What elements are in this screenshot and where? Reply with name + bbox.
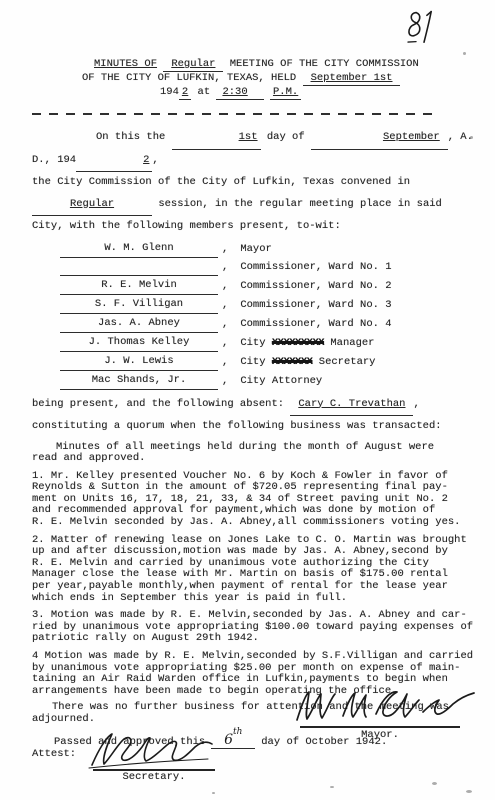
scan-noise	[463, 52, 466, 55]
meridiem-fill: P.M.	[270, 86, 301, 100]
month-fill: September	[311, 127, 448, 150]
opening-line-1: On this the 1st day of September, A. D.,…	[32, 127, 484, 172]
opening-seg4: ,	[152, 154, 158, 166]
opening-line-3: Regular session, in the regular meeting …	[32, 194, 484, 217]
member-name-fill: R. E. Melvin	[60, 276, 218, 295]
title-pre: MINUTES OF	[94, 58, 157, 70]
scan-noise	[330, 786, 334, 788]
dashed-divider	[32, 113, 440, 115]
day-fill: 1st	[172, 127, 261, 150]
member-row: R. E. Melvin,Commissioner, Ward No. 2	[32, 276, 484, 295]
member-name-fill: J. W. Lewis	[60, 352, 218, 371]
title-line-2: OF THE CITY OF LUFKIN, TEXAS, HELD Septe…	[82, 72, 484, 86]
mayor-label: Mayor.	[300, 729, 460, 741]
comma: ,	[222, 299, 228, 311]
quorum-line-1: being present, and the following absent:…	[32, 394, 484, 416]
business-item-2: 2. Matter of renewing lease on Jones Lak…	[32, 535, 484, 605]
member-role: Commissioner, Ward No. 4	[240, 318, 391, 330]
member-row: Jas. A. Abney,Commissioner, Ward No. 4	[32, 314, 484, 333]
comma: ,	[222, 337, 228, 349]
quorum-comma: ,	[413, 398, 419, 410]
quorum-line-2: constituting a quorum when the following…	[32, 416, 484, 437]
document-title: MINUTES OF Regular MEETING OF THE CITY C…	[32, 58, 484, 100]
document-body: MINUTES OF Regular MEETING OF THE CITY C…	[0, 58, 495, 749]
member-role: Commissioner, Ward No. 3	[240, 299, 391, 311]
opening-seg1: On this the	[96, 131, 165, 143]
struck-out-word: XXXXXXXXX	[272, 337, 324, 349]
comma: ,	[222, 243, 228, 255]
comma: ,	[222, 375, 228, 387]
minutes-approved-note: Minutes of all meetings held during the …	[32, 442, 484, 465]
title-line-1: MINUTES OF Regular MEETING OF THE CITY C…	[94, 58, 484, 72]
member-name-fill: Mac Shands, Jr.	[60, 371, 218, 390]
member-row: S. F. Villigan,Commissioner, Ward No. 3	[32, 295, 484, 314]
role-prefix: City	[240, 356, 265, 368]
attest-label: Attest:	[32, 748, 76, 760]
role-word: Manager	[330, 337, 374, 349]
secretary-label: Secretary.	[93, 771, 215, 783]
member-role: City XXXXXXX Secretary	[240, 356, 375, 368]
opening-paragraph: On this the 1st day of September, A. D.,…	[32, 127, 484, 238]
time-fill: 2:30	[216, 86, 263, 100]
role-prefix: City	[240, 337, 265, 349]
scanned-minutes-page: MINUTES OF Regular MEETING OF THE CITY C…	[0, 0, 495, 800]
member-role: City XXXXXXXXX Manager	[240, 337, 374, 349]
comma: ,	[222, 280, 228, 292]
comma: ,	[222, 356, 228, 368]
quorum-pre: being present, and the following absent:	[32, 398, 284, 410]
business-item-1: 1. Mr. Kelley presented Voucher No. 6 by…	[32, 471, 484, 529]
mayor-signature	[293, 684, 478, 728]
member-role: Commissioner, Ward No. 2	[240, 280, 391, 292]
member-name-fill: W. M. Glenn	[60, 239, 218, 258]
opening-seg2: day of	[267, 131, 305, 143]
member-row: W. M. Glenn,Mayor	[32, 239, 484, 258]
scan-noise	[470, 136, 473, 139]
scan-noise	[466, 790, 472, 793]
role-word: Secretary	[319, 356, 376, 368]
mayor-signature-line	[300, 726, 460, 728]
session-type-fill: Regular	[32, 194, 152, 217]
title-city: OF THE CITY OF LUFKIN, TEXAS, HELD	[82, 72, 296, 84]
secretary-signature	[86, 727, 224, 771]
opening-line-3-text: session, in the regular meeting place in…	[158, 198, 442, 210]
business-item-3: 3. Motion was made by R. E. Melvin,secon…	[32, 610, 484, 645]
member-row: Mac Shands, Jr.,City Attorney	[32, 371, 484, 390]
meeting-type-fill: Regular	[163, 58, 223, 72]
member-role: Commissioner, Ward No. 1	[240, 261, 391, 273]
members-roster: W. M. Glenn,Mayor ,Commissioner, Ward No…	[32, 239, 484, 390]
absent-member-fill: Cary C. Trevathan	[290, 394, 413, 416]
page-number-81-handwritten	[399, 7, 446, 50]
opening-line-2: the City Commission of the City of Lufki…	[32, 172, 484, 194]
handwritten-day-number: 6	[224, 732, 233, 748]
member-row: ,Commissioner, Ward No. 1	[32, 258, 484, 276]
member-name-fill: J. Thomas Kelley	[60, 333, 218, 352]
comma: ,	[222, 318, 228, 330]
member-name-fill: Jas. A. Abney	[60, 314, 218, 333]
opening-line-4: City, with the following members present…	[32, 216, 484, 238]
scan-noise	[212, 792, 215, 794]
year-prefix: 194	[160, 86, 179, 98]
member-role: Mayor	[240, 243, 272, 255]
quorum-statement: being present, and the following absent:…	[32, 394, 484, 437]
comma: ,	[222, 261, 228, 273]
title-line-3: 1942 at 2:30 P.M.	[160, 86, 484, 100]
year-digit-fill: 2	[76, 150, 152, 173]
title-post: MEETING OF THE CITY COMMISSION	[230, 58, 419, 70]
year-fill: 2	[179, 86, 191, 100]
scan-noise	[432, 782, 437, 785]
handwritten-day-suffix: th	[233, 727, 242, 737]
member-role: City Attorney	[240, 375, 322, 387]
struck-out-word: XXXXXXX	[272, 356, 313, 368]
at-label: at	[198, 86, 211, 98]
member-row: J. Thomas Kelley,City XXXXXXXXX Manager	[32, 333, 484, 352]
member-name-fill: S. F. Villigan	[60, 295, 218, 314]
meeting-date-fill: September 1st	[303, 72, 401, 86]
member-row: J. W. Lewis,City XXXXXXX Secretary	[32, 352, 484, 371]
